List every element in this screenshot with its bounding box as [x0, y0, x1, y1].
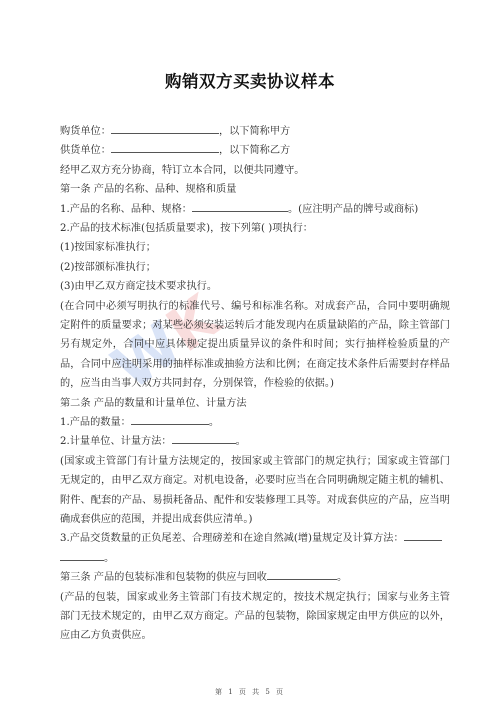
- line-text: 2.计量单位、计量方法：: [60, 436, 172, 447]
- line-text: 第三条 产品的包装标准和包装物的供应与回收: [60, 572, 267, 583]
- line-text-suffix: 。(应注明产品的牌号或商标): [288, 204, 418, 215]
- line-text-suffix: ，以下简称乙方: [219, 145, 290, 156]
- document-line: 1.产品的数量：。: [60, 413, 450, 432]
- fill-in-blank[interactable]: [404, 529, 442, 541]
- document-line: 。: [60, 549, 450, 568]
- note-packaging: (产品的包装，国家或业务主管部门有技术规定的，按技术规定执行；国家与业务主管部门…: [60, 588, 450, 646]
- document-line: 第二条 产品的数量和计量单位、计量方法: [60, 394, 450, 413]
- document-line: 经甲乙双方充分协商，特订立本合同，以便共同遵守。: [60, 161, 450, 180]
- fill-in-blank[interactable]: [172, 432, 236, 444]
- line-text: 3.产品交货数量的正负尾差、合理磅差和在途自然减(增)量规定及计算方法：: [60, 533, 404, 544]
- document-line: 1.产品的名称、品种、规格：。(应注明产品的牌号或商标): [60, 200, 450, 219]
- line-text: 第二条 产品的数量和计量单位、计量方法: [60, 398, 247, 409]
- document-title: 购销双方买卖协议样本: [0, 68, 500, 92]
- document-line: 第三条 产品的包装标准和包装物的供应与回收。: [60, 568, 450, 587]
- line-text: (1)按国家标准执行；: [60, 242, 156, 253]
- document-line: 3.产品交货数量的正负尾差、合理磅差和在途自然减(增)量规定及计算方法：: [60, 529, 450, 548]
- note-measurement: (国家或主管部门有计量方法规定的，按国家或主管部门的规定执行；国家或主管部门无规…: [60, 452, 450, 530]
- page-number: 第 1 页 共 5 页: [0, 687, 500, 697]
- fill-in-blank[interactable]: [111, 122, 219, 134]
- document-line: (2)按部颁标准执行；: [60, 258, 450, 277]
- line-text: 1.产品的名称、品种、规格：: [60, 204, 192, 215]
- line-text: (3)由甲乙双方商定技术要求执行。: [60, 281, 217, 292]
- line-text: 经甲乙双方充分协商，特订立本合同，以便共同遵守。: [60, 165, 305, 176]
- line-text: 供货单位：: [60, 145, 111, 156]
- document-line: 2.产品的技术标准(包括质量要求)，按下列第( )项执行：: [60, 219, 450, 238]
- fill-in-blank[interactable]: [192, 200, 288, 212]
- document-line: 第一条 产品的名称、品种、规格和质量: [60, 180, 450, 199]
- line-text-suffix: 。: [104, 553, 114, 564]
- line-text-suffix: 。: [209, 417, 219, 428]
- fill-in-blank[interactable]: [131, 413, 209, 425]
- document-line: (1)按国家标准执行；: [60, 238, 450, 257]
- fill-in-blank[interactable]: [111, 141, 219, 153]
- line-text: 1.产品的数量：: [60, 417, 131, 428]
- document-line: (3)由甲乙双方商定技术要求执行。: [60, 277, 450, 296]
- document-body: 购货单位：，以下简称甲方供货单位：，以下简称乙方经甲乙双方充分协商，特订立本合同…: [60, 122, 450, 646]
- fill-in-blank[interactable]: [60, 549, 104, 561]
- line-text: (2)按部颁标准执行；: [60, 262, 156, 273]
- note-quality-standards: (在合同中必须写明执行的标准代号、编号和标准名称。对成套产品，合同中要明确规定附…: [60, 297, 450, 394]
- line-text-suffix: 。: [337, 572, 347, 583]
- line-text: 购货单位：: [60, 126, 111, 137]
- fill-in-blank[interactable]: [267, 568, 337, 580]
- line-text-suffix: 。: [236, 436, 246, 447]
- document-line: 购货单位：，以下简称甲方: [60, 122, 450, 141]
- line-text: 2.产品的技术标准(包括质量要求)，按下列第( )项执行：: [60, 223, 313, 234]
- line-text-suffix: ，以下简称甲方: [219, 126, 290, 137]
- document-line: 2.计量单位、计量方法：。: [60, 432, 450, 451]
- line-text: 第一条 产品的名称、品种、规格和质量: [60, 184, 236, 195]
- document-line: 供货单位：，以下简称乙方: [60, 141, 450, 160]
